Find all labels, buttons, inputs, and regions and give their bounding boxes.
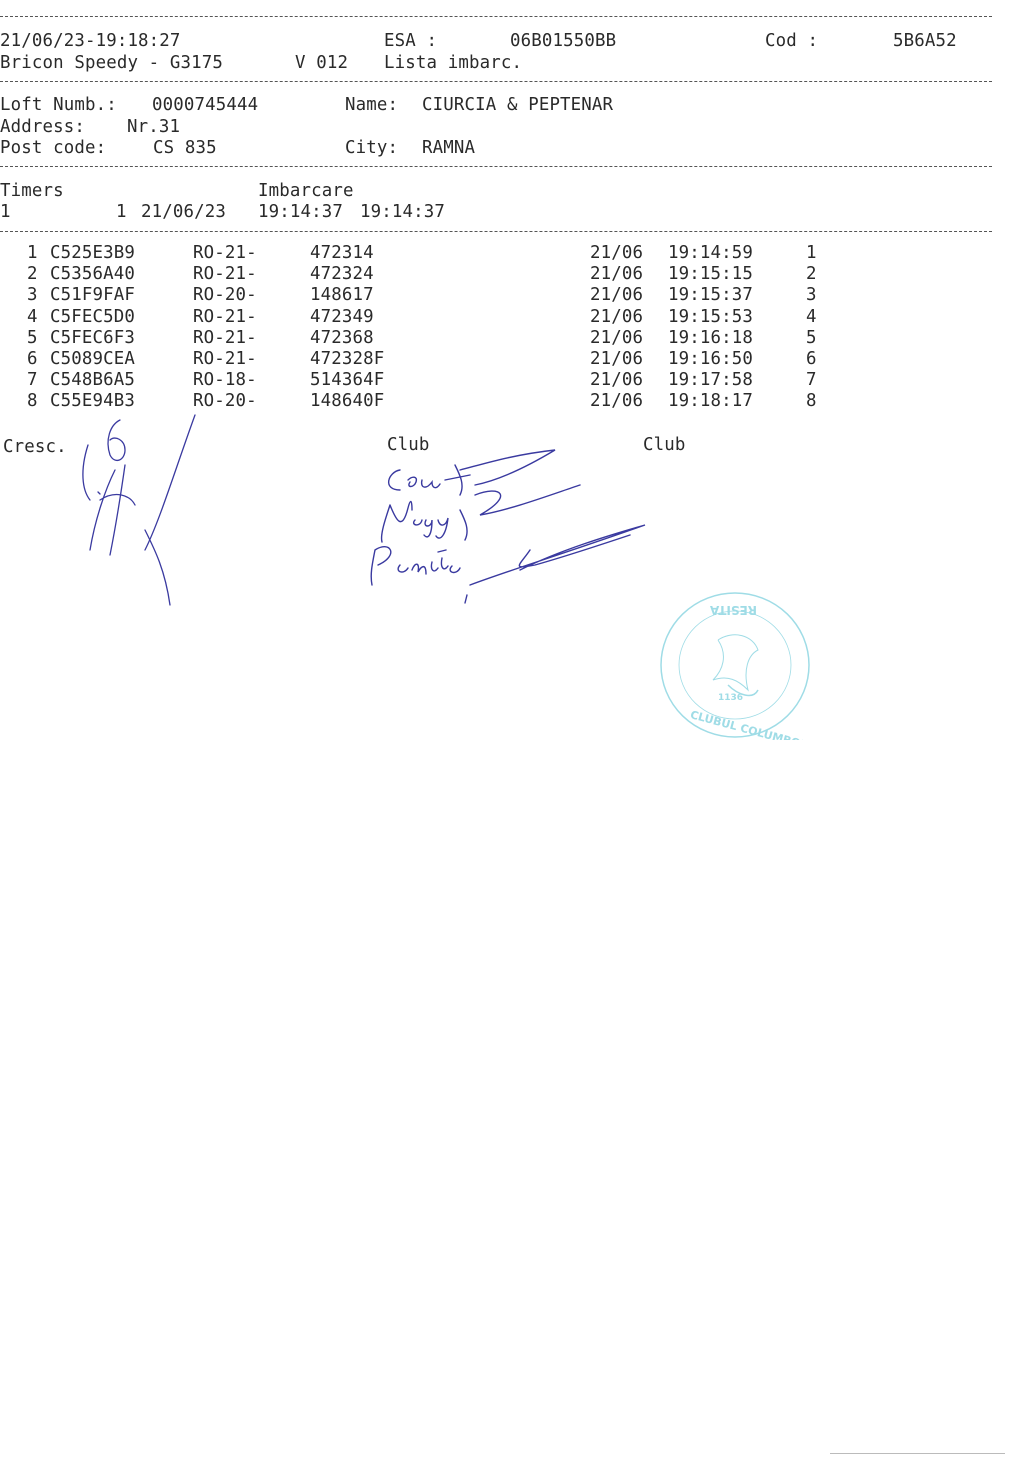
club-signatures [360, 440, 660, 620]
bird-n: 3 [27, 285, 38, 305]
bird-ring: 472349 [310, 307, 374, 327]
timer-time-start: 19:14:37 [258, 202, 343, 222]
bird-chip: C5089CEA [50, 349, 135, 369]
bird-chip: C525E3B9 [50, 243, 135, 263]
divider [0, 231, 992, 232]
svg-text:CLUBUL COLUMBOFILII: CLUBUL COLUMBOFILII [689, 708, 812, 740]
bird-pos: 3 [806, 285, 817, 305]
bird-pos: 8 [806, 391, 817, 411]
bird-n: 2 [27, 264, 38, 284]
bird-date: 21/06 [590, 307, 643, 327]
timer-number: 1 [0, 202, 11, 222]
bird-date: 21/06 [590, 264, 643, 284]
cod-value: 5B6A52 [893, 31, 957, 51]
bird-n: 1 [27, 243, 38, 263]
bird-time: 19:16:50 [668, 349, 753, 369]
bird-chip: C51F9FAF [50, 285, 135, 305]
bird-time: 19:15:53 [668, 307, 753, 327]
bird-date: 21/06 [590, 349, 643, 369]
bird-date: 21/06 [590, 370, 643, 390]
esa-value: 06B01550BB [510, 31, 616, 51]
bird-n: 8 [27, 391, 38, 411]
name-label: Name: [345, 95, 398, 115]
divider [0, 16, 992, 17]
bird-ring: 148640F [310, 391, 384, 411]
bird-date: 21/06 [590, 328, 643, 348]
device-name: Bricon Speedy - G3175 [0, 53, 223, 73]
bird-prefix: RO-21- [193, 243, 257, 263]
bird-chip: C5FEC6F3 [50, 328, 135, 348]
scan-edge-line [830, 1453, 1005, 1454]
bird-time: 19:15:15 [668, 264, 753, 284]
bird-time: 19:17:58 [668, 370, 753, 390]
divider [0, 166, 992, 167]
divider [0, 81, 992, 82]
print-datetime: 21/06/23-19:18:27 [0, 31, 181, 51]
bird-pos: 1 [806, 243, 817, 263]
bird-ring: 148617 [310, 285, 374, 305]
city-label: City: [345, 138, 398, 158]
svg-text:1136: 1136 [718, 693, 743, 703]
postcode-label: Post code: [0, 138, 106, 158]
club-stamp: RESITA CLUBUL COLUMBOFILII 1136 [658, 590, 812, 740]
bird-ring: 472328F [310, 349, 384, 369]
bird-n: 5 [27, 328, 38, 348]
list-title: Lista imbarc. [384, 53, 522, 73]
postcode-value: CS 835 [153, 138, 217, 158]
bird-date: 21/06 [590, 391, 643, 411]
bird-ring: 514364F [310, 370, 384, 390]
bird-time: 19:15:37 [668, 285, 753, 305]
loft-label: Loft Numb.: [0, 95, 117, 115]
bird-prefix: RO-20- [193, 391, 257, 411]
city-value: RAMNA [422, 138, 475, 158]
bird-ring: 472324 [310, 264, 374, 284]
bird-n: 4 [27, 307, 38, 327]
bird-date: 21/06 [590, 243, 643, 263]
name-value: CIURCIA & PEPTENAR [422, 95, 613, 115]
bird-time: 19:16:18 [668, 328, 753, 348]
bird-prefix: RO-18- [193, 370, 257, 390]
bird-pos: 4 [806, 307, 817, 327]
bird-chip: C5FEC5D0 [50, 307, 135, 327]
bird-pos: 5 [806, 328, 817, 348]
bird-ring: 472368 [310, 328, 374, 348]
bird-time: 19:14:59 [668, 243, 753, 263]
bird-chip: C5356A40 [50, 264, 135, 284]
bird-ring: 472314 [310, 243, 374, 263]
breeder-signature-label: Cresc. [3, 437, 67, 457]
timer-count: 1 [116, 202, 127, 222]
imbarcare-label: Imbarcare [258, 181, 354, 201]
loft-value: 0000745444 [152, 95, 258, 115]
breeder-signature [70, 410, 210, 610]
bird-pos: 7 [806, 370, 817, 390]
bird-prefix: RO-21- [193, 307, 257, 327]
bird-n: 6 [27, 349, 38, 369]
bird-prefix: RO-21- [193, 349, 257, 369]
address-label: Address: [0, 117, 85, 137]
bird-prefix: RO-20- [193, 285, 257, 305]
bird-pos: 6 [806, 349, 817, 369]
timer-date: 21/06/23 [141, 202, 226, 222]
timer-time-end: 19:14:37 [360, 202, 445, 222]
bird-prefix: RO-21- [193, 264, 257, 284]
bird-time: 19:18:17 [668, 391, 753, 411]
esa-label: ESA : [384, 31, 437, 51]
address-value: Nr.31 [127, 117, 180, 137]
svg-text:RESITA: RESITA [709, 603, 757, 617]
bird-chip: C55E94B3 [50, 391, 135, 411]
bird-pos: 2 [806, 264, 817, 284]
bird-prefix: RO-21- [193, 328, 257, 348]
bird-date: 21/06 [590, 285, 643, 305]
cod-label: Cod : [765, 31, 818, 51]
bird-chip: C548B6A5 [50, 370, 135, 390]
timers-label: Timers [0, 181, 64, 201]
bird-n: 7 [27, 370, 38, 390]
device-version: V 012 [295, 53, 348, 73]
